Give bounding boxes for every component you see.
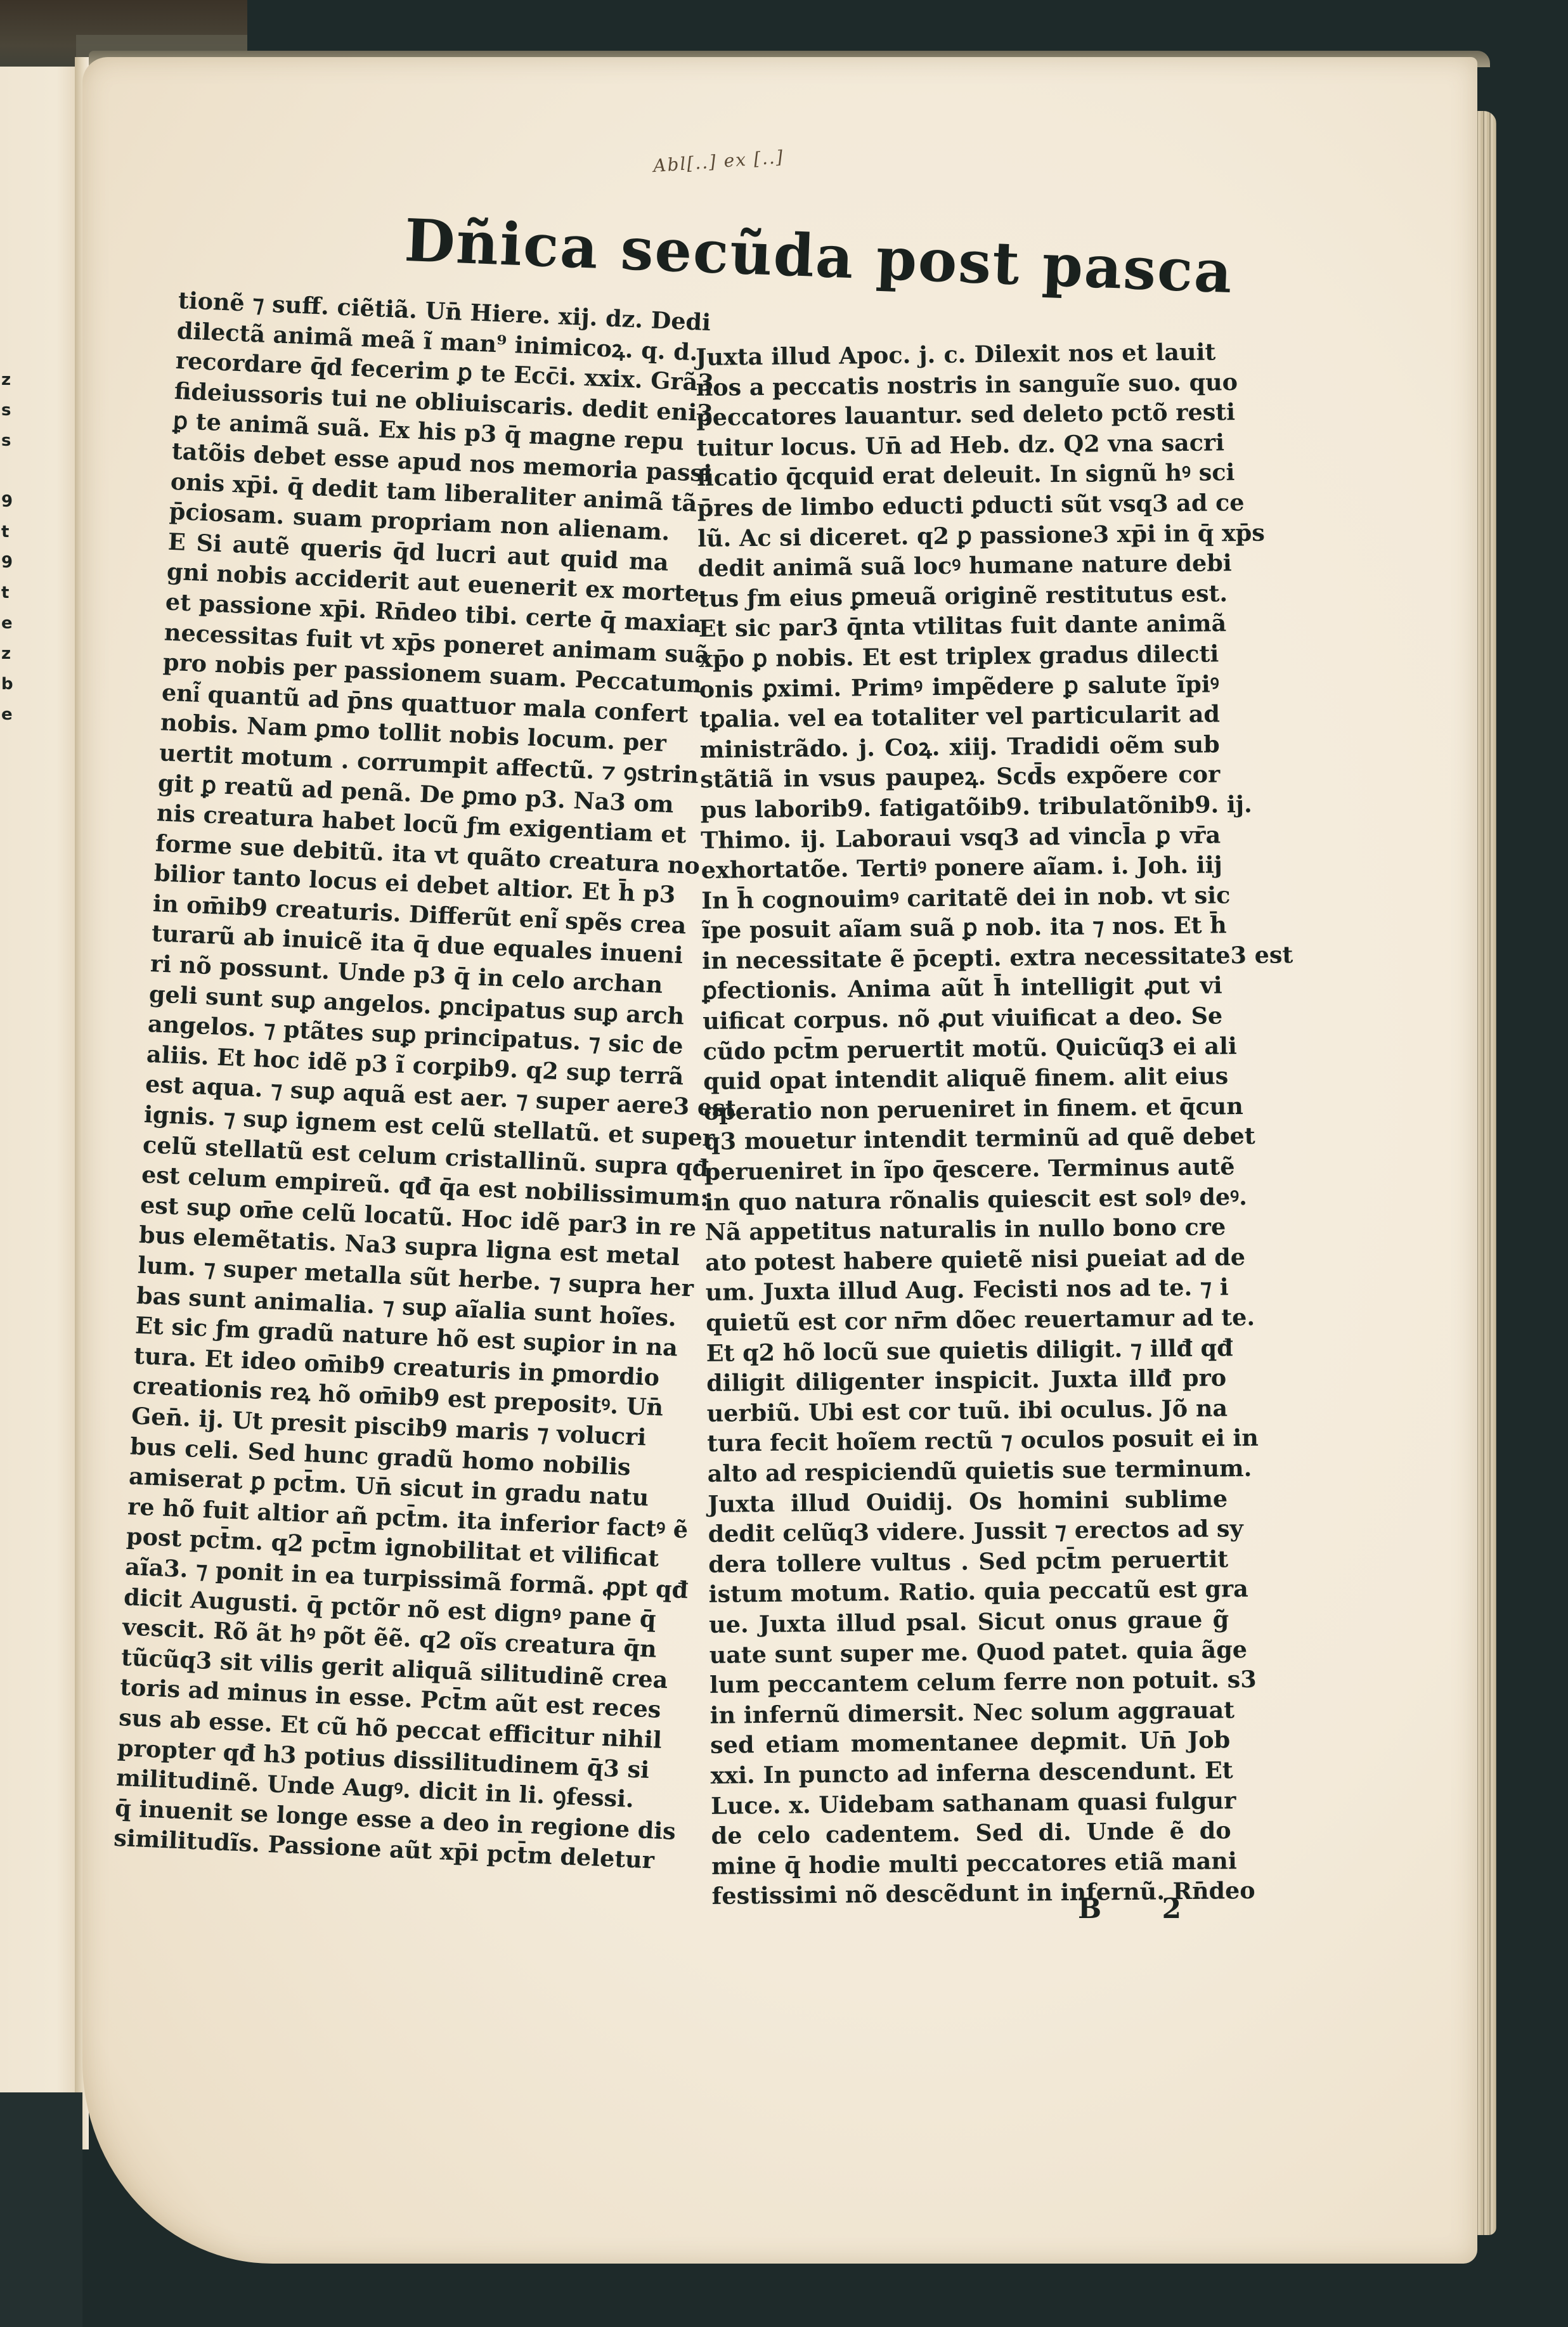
text-line: sed etiam momentanee deꝑmit. Un̄ Job <box>710 1725 1230 1761</box>
text-line: stãtiã in vsus paupeꝝ. Scd̄s expõere cor <box>700 760 1220 795</box>
text-line: Et q2 hõ locũ sue quietis diligit. ⁊ ill… <box>706 1333 1226 1368</box>
text-line: um. Juxta illud Aug. Fecisti nos ad te. … <box>705 1273 1225 1308</box>
text-line: alto ad respiciendũ quietis sue terminum… <box>707 1453 1227 1489</box>
text-line: lũ. Ac si diceret. q2 ꝑ passione3 xp̄i i… <box>697 518 1217 554</box>
text-line: in necessitate ẽ p̄cepti. extra necessit… <box>702 940 1222 976</box>
text-line: Juxta illud Ouidij. Os homini sublime <box>708 1484 1228 1519</box>
text-line: Nã appetitus naturalis in nullo bono cre <box>704 1212 1224 1248</box>
text-line: uificat corpus. nõ ꝓut viuificat a deo. … <box>703 1001 1222 1036</box>
text-line: xxi. In puncto ad inferna descendunt. Et <box>710 1755 1230 1791</box>
text-line: tuitur locus. Un̄ ad Heb. dz. Q2 vna sac… <box>696 427 1216 463</box>
text-line: operatio non perueniret in finem. et q̄c… <box>703 1091 1223 1127</box>
text-column-left: tionẽ ⁊ suff. ciẽtiã. Un̄ Hiere. xij. dz… <box>113 285 679 1874</box>
verso-page-fragment: z s s 9 t 9 t e z b e <box>0 67 81 2159</box>
text-line: nos a peccatis nostris in sanguĩe suo. q… <box>696 367 1215 403</box>
text-line: perueniret in ĩpo q̄escere. Terminus aut… <box>704 1151 1224 1187</box>
text-line: onis ꝑximi. Primꝰ impẽdere ꝑ salute ĩpiꝰ <box>699 669 1219 704</box>
text-line: dedit animã suã locꝰ humane nature debi <box>697 548 1217 584</box>
text-line: In h̄ cognouimꝰ caritatẽ dei in nob. vt … <box>701 880 1221 916</box>
text-line: uate sunt super me. Quod patet. quia ãge <box>709 1635 1229 1670</box>
signature-mark: B 2 <box>1078 1893 1207 1925</box>
text-line: ato potest habere quietẽ nisi ꝑueiat ad … <box>705 1242 1225 1278</box>
text-line: in quo natura rõnalis quiescit est solꝰ … <box>704 1182 1224 1217</box>
text-line: pus laborib9. fatigatõib9. tribulatõnib9… <box>700 789 1220 825</box>
text-line: exhortatõe. Tertiꝰ ponere aĩam. i. Joh. … <box>701 850 1221 885</box>
text-line: ministrãdo. j. Coꝝ. xiij. Tradidi oẽm su… <box>699 729 1219 765</box>
text-line: ue. Juxta illud psal. Sicut onus graue g… <box>709 1604 1229 1640</box>
text-line: ficatio q̄cquid erat deleuit. In signũ h… <box>697 458 1217 493</box>
text-line: lum peccantem celum ferre non potuit. s3 <box>709 1664 1229 1700</box>
background-strip <box>0 2092 82 2327</box>
text-line: Et sic par3 q̄nta vtilitas fuit dante an… <box>698 609 1218 644</box>
text-line: Thimo. ij. Laboraui vsq3 ad vincl̄a ꝑ vr… <box>701 820 1221 855</box>
text-line: cũdo pct̄m peruertit motũ. Quicũq3 ei al… <box>703 1031 1222 1066</box>
text-line: de celo cadentem. Sed di. Unde ẽ do <box>711 1815 1231 1851</box>
text-line: diligit diligenter inspicit. Juxta illđ … <box>706 1363 1226 1399</box>
text-line: Luce. x. Uidebam sathanam quasi fulgur <box>711 1786 1231 1821</box>
text-line: uerbiũ. Ubi est cor tuũ. ibi oculus. Jõ … <box>706 1393 1226 1429</box>
text-line: mine q̄ hodie multi peccatores etiã mani <box>711 1846 1231 1881</box>
text-line: tus ƒm eius ꝑmeuã originẽ restitutus est… <box>698 578 1218 614</box>
text-line: quid opat intendit aliquẽ finem. alit ei… <box>703 1061 1223 1097</box>
text-line: Juxta illud Apoc. j. c. Dilexit nos et l… <box>696 337 1215 372</box>
text-line: tꝑalia. vel ea totaliter vel particulari… <box>699 699 1219 735</box>
text-line: quietũ est cor nr̄m dõec reuertamur ad t… <box>706 1302 1226 1338</box>
text-line: dedit celũq3 videre. Jussit ⁊ erectos ad… <box>708 1514 1228 1549</box>
text-line: ĩpe posuit aĩam suã ꝑ nob. ita ⁊ nos. Et… <box>701 911 1221 946</box>
verso-edge-text: z s s 9 t 9 t e z b e <box>1 365 23 730</box>
text-line: in infernũ dimersit. Nec solum aggrauat <box>709 1695 1229 1730</box>
text-line: peccatores lauantur. sed deleto pctõ res… <box>696 398 1216 433</box>
text-line: q3 mouetur intendit terminũ ad quẽ debet <box>704 1122 1224 1157</box>
text-column-right: Juxta illud Apoc. j. c. Dilexit nos et l… <box>696 337 1232 1911</box>
text-line: istum motum. Ratio. quia peccatũ est gra <box>708 1574 1228 1610</box>
text-line: dera tollere vultus . Sed pct̄m peruerti… <box>708 1544 1228 1579</box>
text-line: xp̄o ꝑ nobis. Et est triplex gradus dile… <box>699 638 1219 674</box>
text-line: ꝑfectionis. Anima aũt h̄ intelligit ꝓut … <box>702 971 1222 1006</box>
text-line: p̄res de limbo educti ꝑducti sũt vsq3 ad… <box>697 488 1217 523</box>
text-line: tura fecit hoĩem rectũ ⁊ oculos posuit e… <box>707 1423 1227 1459</box>
